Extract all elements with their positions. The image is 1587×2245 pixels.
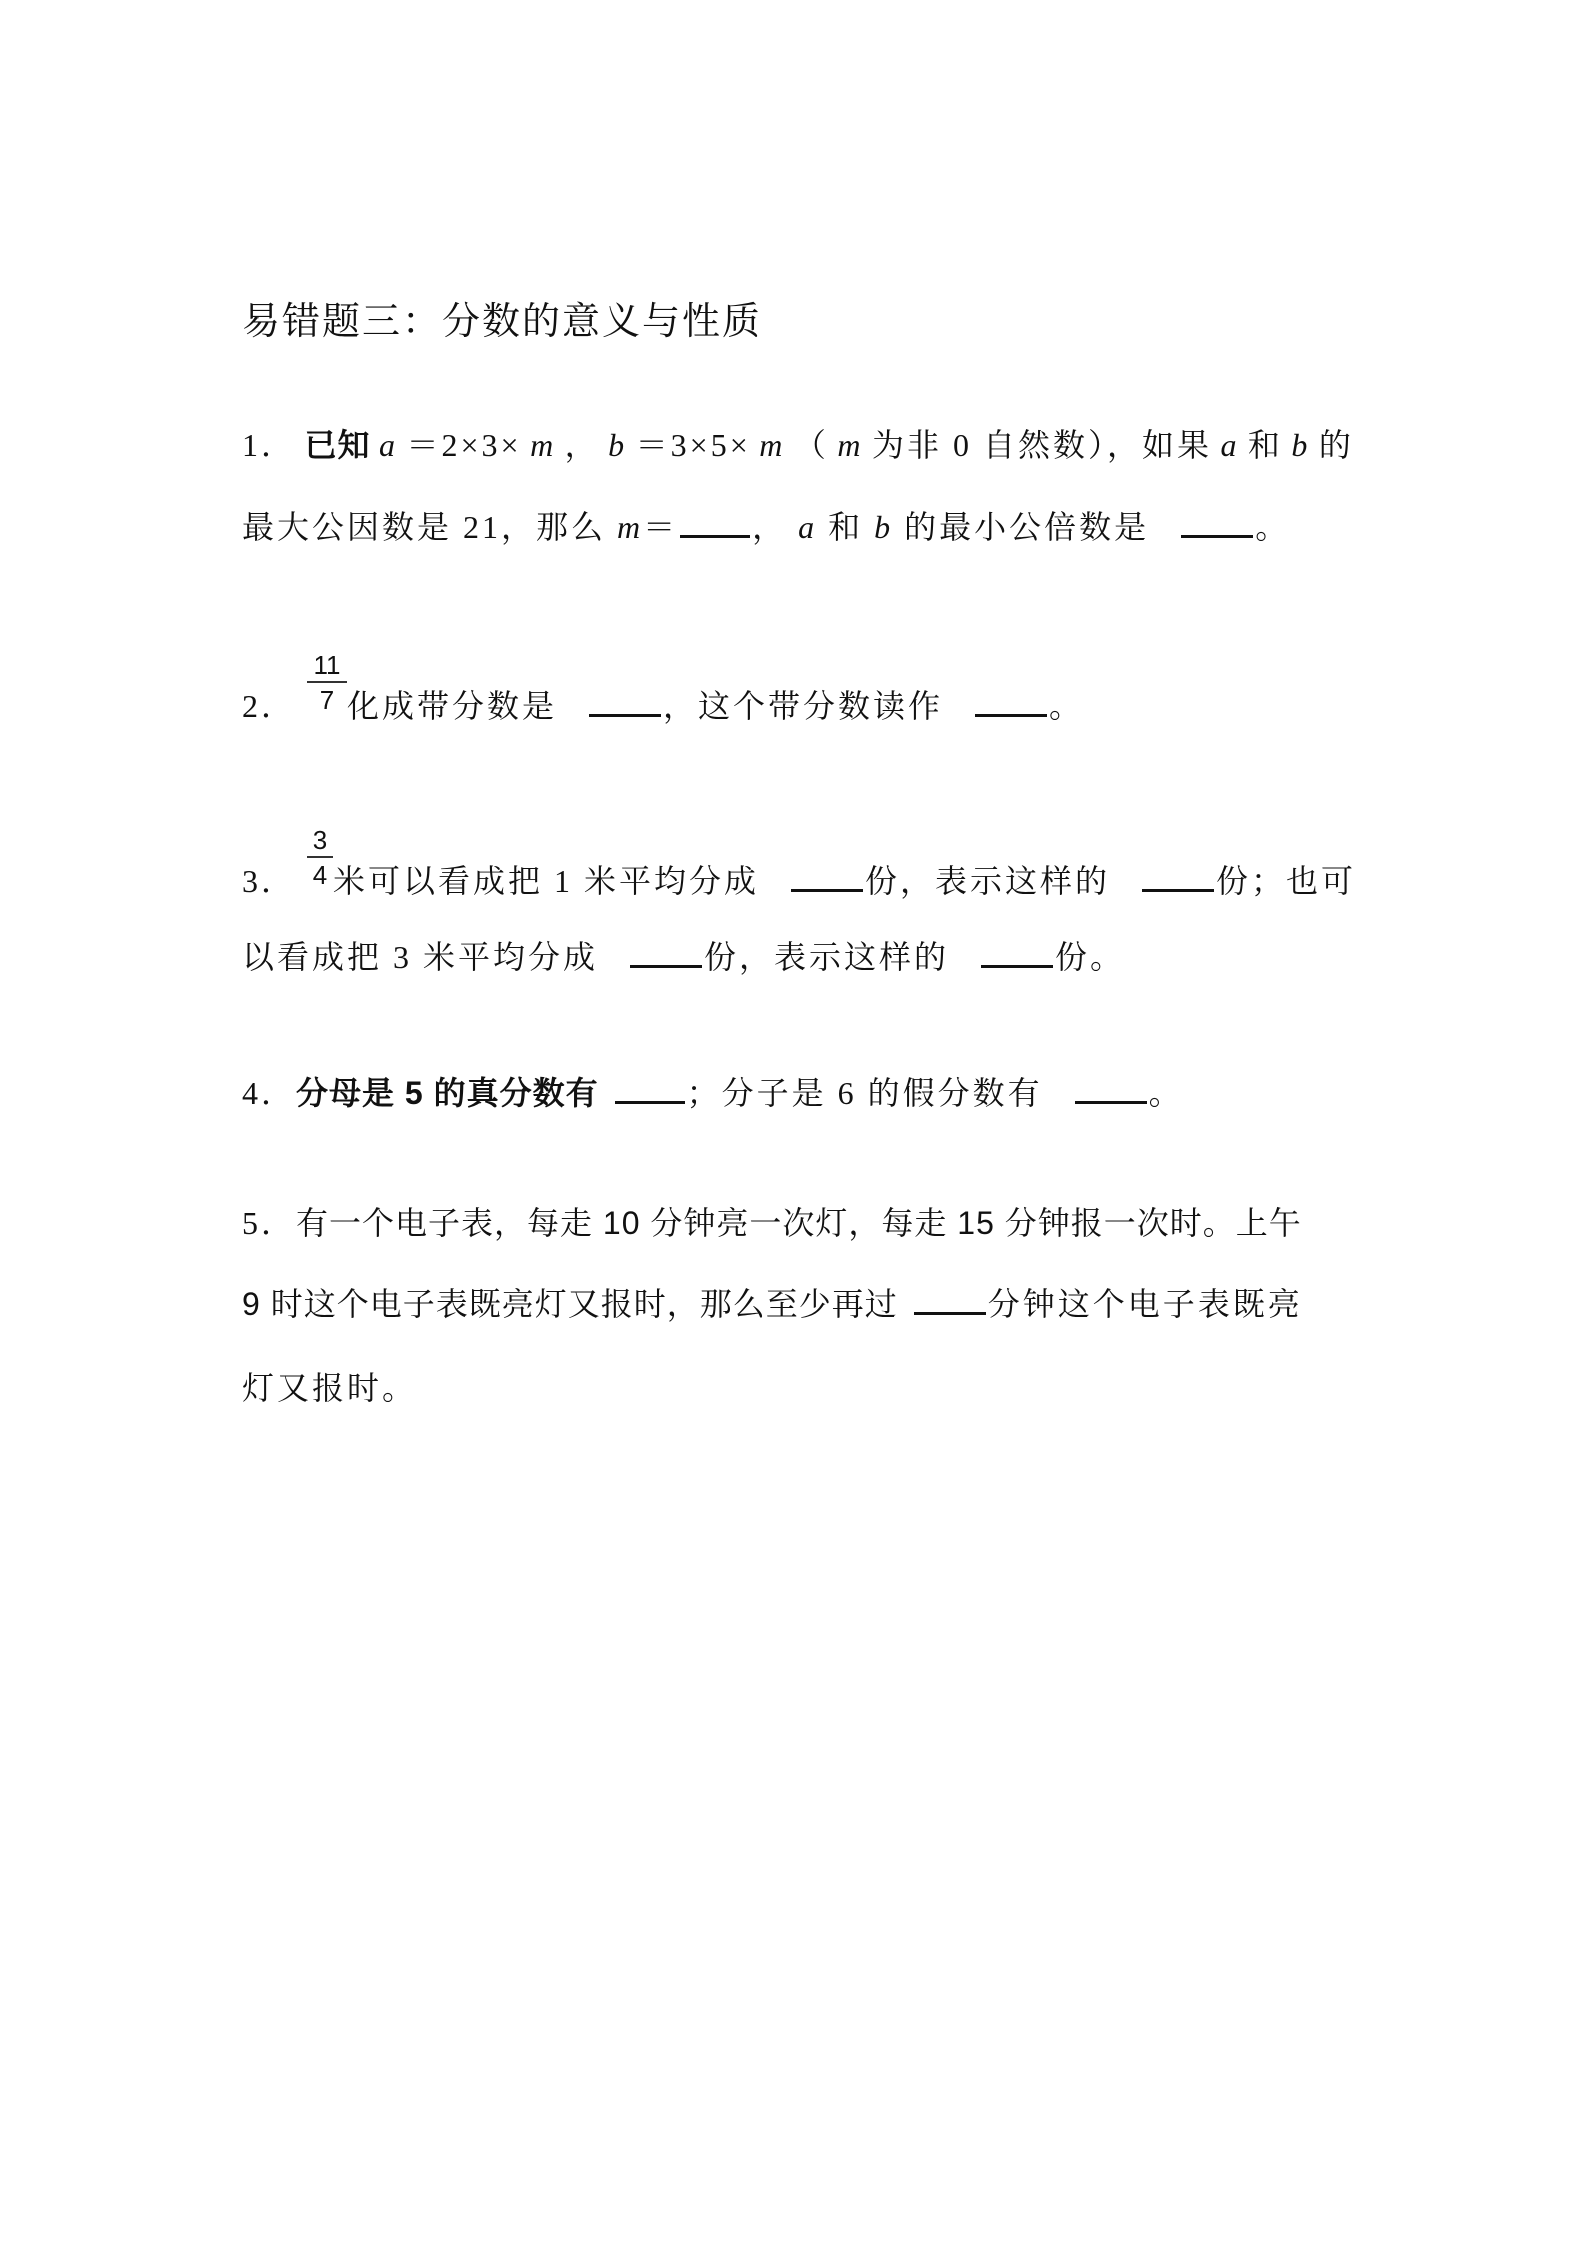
- fraction-numerator: 3: [307, 827, 333, 858]
- question-number: 5．: [242, 1205, 296, 1241]
- question-number: 1．: [242, 425, 296, 465]
- separator: ，: [565, 425, 600, 465]
- question-number: 3．: [242, 863, 296, 899]
- question-5-line-2: 9 时这个电子表既亮灯又报时，那么至少再过分钟这个电子表既亮: [242, 1284, 1354, 1324]
- answer-blank-improper-fractions[interactable]: [1075, 1073, 1147, 1104]
- question-text: ，这个带分数读作: [663, 688, 943, 724]
- variable-a: a: [379, 425, 398, 465]
- question-number: 4．: [242, 1075, 296, 1111]
- question-text: 份；也可: [1216, 863, 1356, 899]
- question-5-line-1: 5．有一个电子表，每走 10 分钟亮一次灯，每走 15 分钟报一次时。上午: [242, 1203, 1354, 1243]
- question-number: 2．: [242, 688, 296, 724]
- fraction-3-4: 3 4: [307, 852, 333, 892]
- variable-m: m: [759, 425, 785, 465]
- variable-b: b: [1291, 425, 1310, 465]
- separator: ，: [752, 509, 787, 545]
- question-text: 以看成把 3 米平均分成: [242, 939, 598, 975]
- question-text: ；分子是 6 的假分数有: [687, 1075, 1043, 1111]
- equals-sign: ＝: [643, 509, 678, 545]
- equation-text: ＝3×5×: [636, 425, 751, 465]
- question-text: 米可以看成把 1 米平均分成: [333, 863, 759, 899]
- answer-blank-mixed-number[interactable]: [589, 686, 661, 717]
- answer-blank-lcm[interactable]: [1181, 507, 1253, 538]
- variable-m: m: [617, 509, 643, 545]
- question-text: 灯又报时。: [242, 1370, 417, 1406]
- variable-m: m: [837, 425, 863, 465]
- question-text: 的: [1319, 425, 1354, 465]
- question-text: 份，表示这样的: [865, 863, 1110, 899]
- question-text: 9 时这个电子表既亮灯又报时，那么至少再过: [242, 1286, 898, 1322]
- question-text: 有一个电子表，每走 10 分钟亮一次灯，每走 15 分钟报一次时。上午: [296, 1205, 1302, 1241]
- variable-b: b: [874, 509, 893, 545]
- variable-b: b: [608, 425, 627, 465]
- fraction-denominator: 7: [307, 687, 347, 713]
- period: 。: [1149, 1075, 1184, 1111]
- question-text: 已知: [305, 425, 371, 465]
- question-1-line-1: 1． 已知 a ＝2×3× m ， b ＝3×5× m （ m 为非 0 自然数…: [242, 425, 1354, 465]
- question-5-line-3: 灯又报时。: [242, 1368, 1354, 1408]
- variable-a: a: [798, 509, 817, 545]
- period: 。: [1255, 509, 1290, 545]
- question-2: 2． 11 7 化成带分数是，这个带分数读作。: [242, 677, 1354, 726]
- question-4: 4．分母是 5 的真分数有；分子是 6 的假分数有。: [242, 1073, 1354, 1113]
- answer-blank-taken-2[interactable]: [981, 937, 1053, 968]
- variable-m: m: [530, 425, 556, 465]
- question-text: 分钟这个电子表既亮: [988, 1286, 1303, 1322]
- answer-blank-parts-1[interactable]: [791, 861, 863, 892]
- fraction-denominator: 4: [307, 862, 333, 888]
- fraction-11-7: 11 7: [307, 677, 347, 717]
- answer-blank-m[interactable]: [680, 507, 750, 538]
- variable-a: a: [1220, 425, 1239, 465]
- answer-blank-taken-1[interactable]: [1142, 861, 1214, 892]
- page-title: 易错题三：分数的意义与性质: [242, 290, 762, 345]
- answer-blank-reading[interactable]: [975, 686, 1047, 717]
- fraction-numerator: 11: [307, 652, 347, 683]
- document-page: 易错题三：分数的意义与性质 1． 已知 a ＝2×3× m ， b ＝3×5× …: [0, 0, 1587, 2245]
- period: 。: [1049, 688, 1084, 724]
- question-text: 的最小公倍数是: [904, 509, 1149, 545]
- question-text: 和: [828, 509, 863, 545]
- question-text: 为非 0 自然数），如果: [872, 425, 1212, 465]
- question-text: 分母是 5 的真分数有: [296, 1075, 599, 1111]
- equation-text: ＝2×3×: [406, 425, 521, 465]
- question-text: 最大公因数是 21，那么: [242, 509, 606, 545]
- answer-blank-proper-fractions[interactable]: [615, 1073, 685, 1104]
- question-text: 化成带分数是: [347, 688, 557, 724]
- answer-blank-parts-2[interactable]: [630, 937, 702, 968]
- paren-open: （: [794, 425, 829, 465]
- question-text: 份。: [1055, 939, 1125, 975]
- question-text: 和: [1248, 425, 1283, 465]
- question-3-line-1: 3． 3 4 米可以看成把 1 米平均分成份，表示这样的份；也可: [242, 852, 1354, 901]
- question-1-line-2: 最大公因数是 21，那么 m＝， a 和 b 的最小公倍数是。: [242, 507, 1354, 547]
- question-text: 份，表示这样的: [704, 939, 949, 975]
- answer-blank-minutes[interactable]: [914, 1284, 986, 1315]
- question-3-line-2: 以看成把 3 米平均分成份，表示这样的份。: [242, 937, 1354, 977]
